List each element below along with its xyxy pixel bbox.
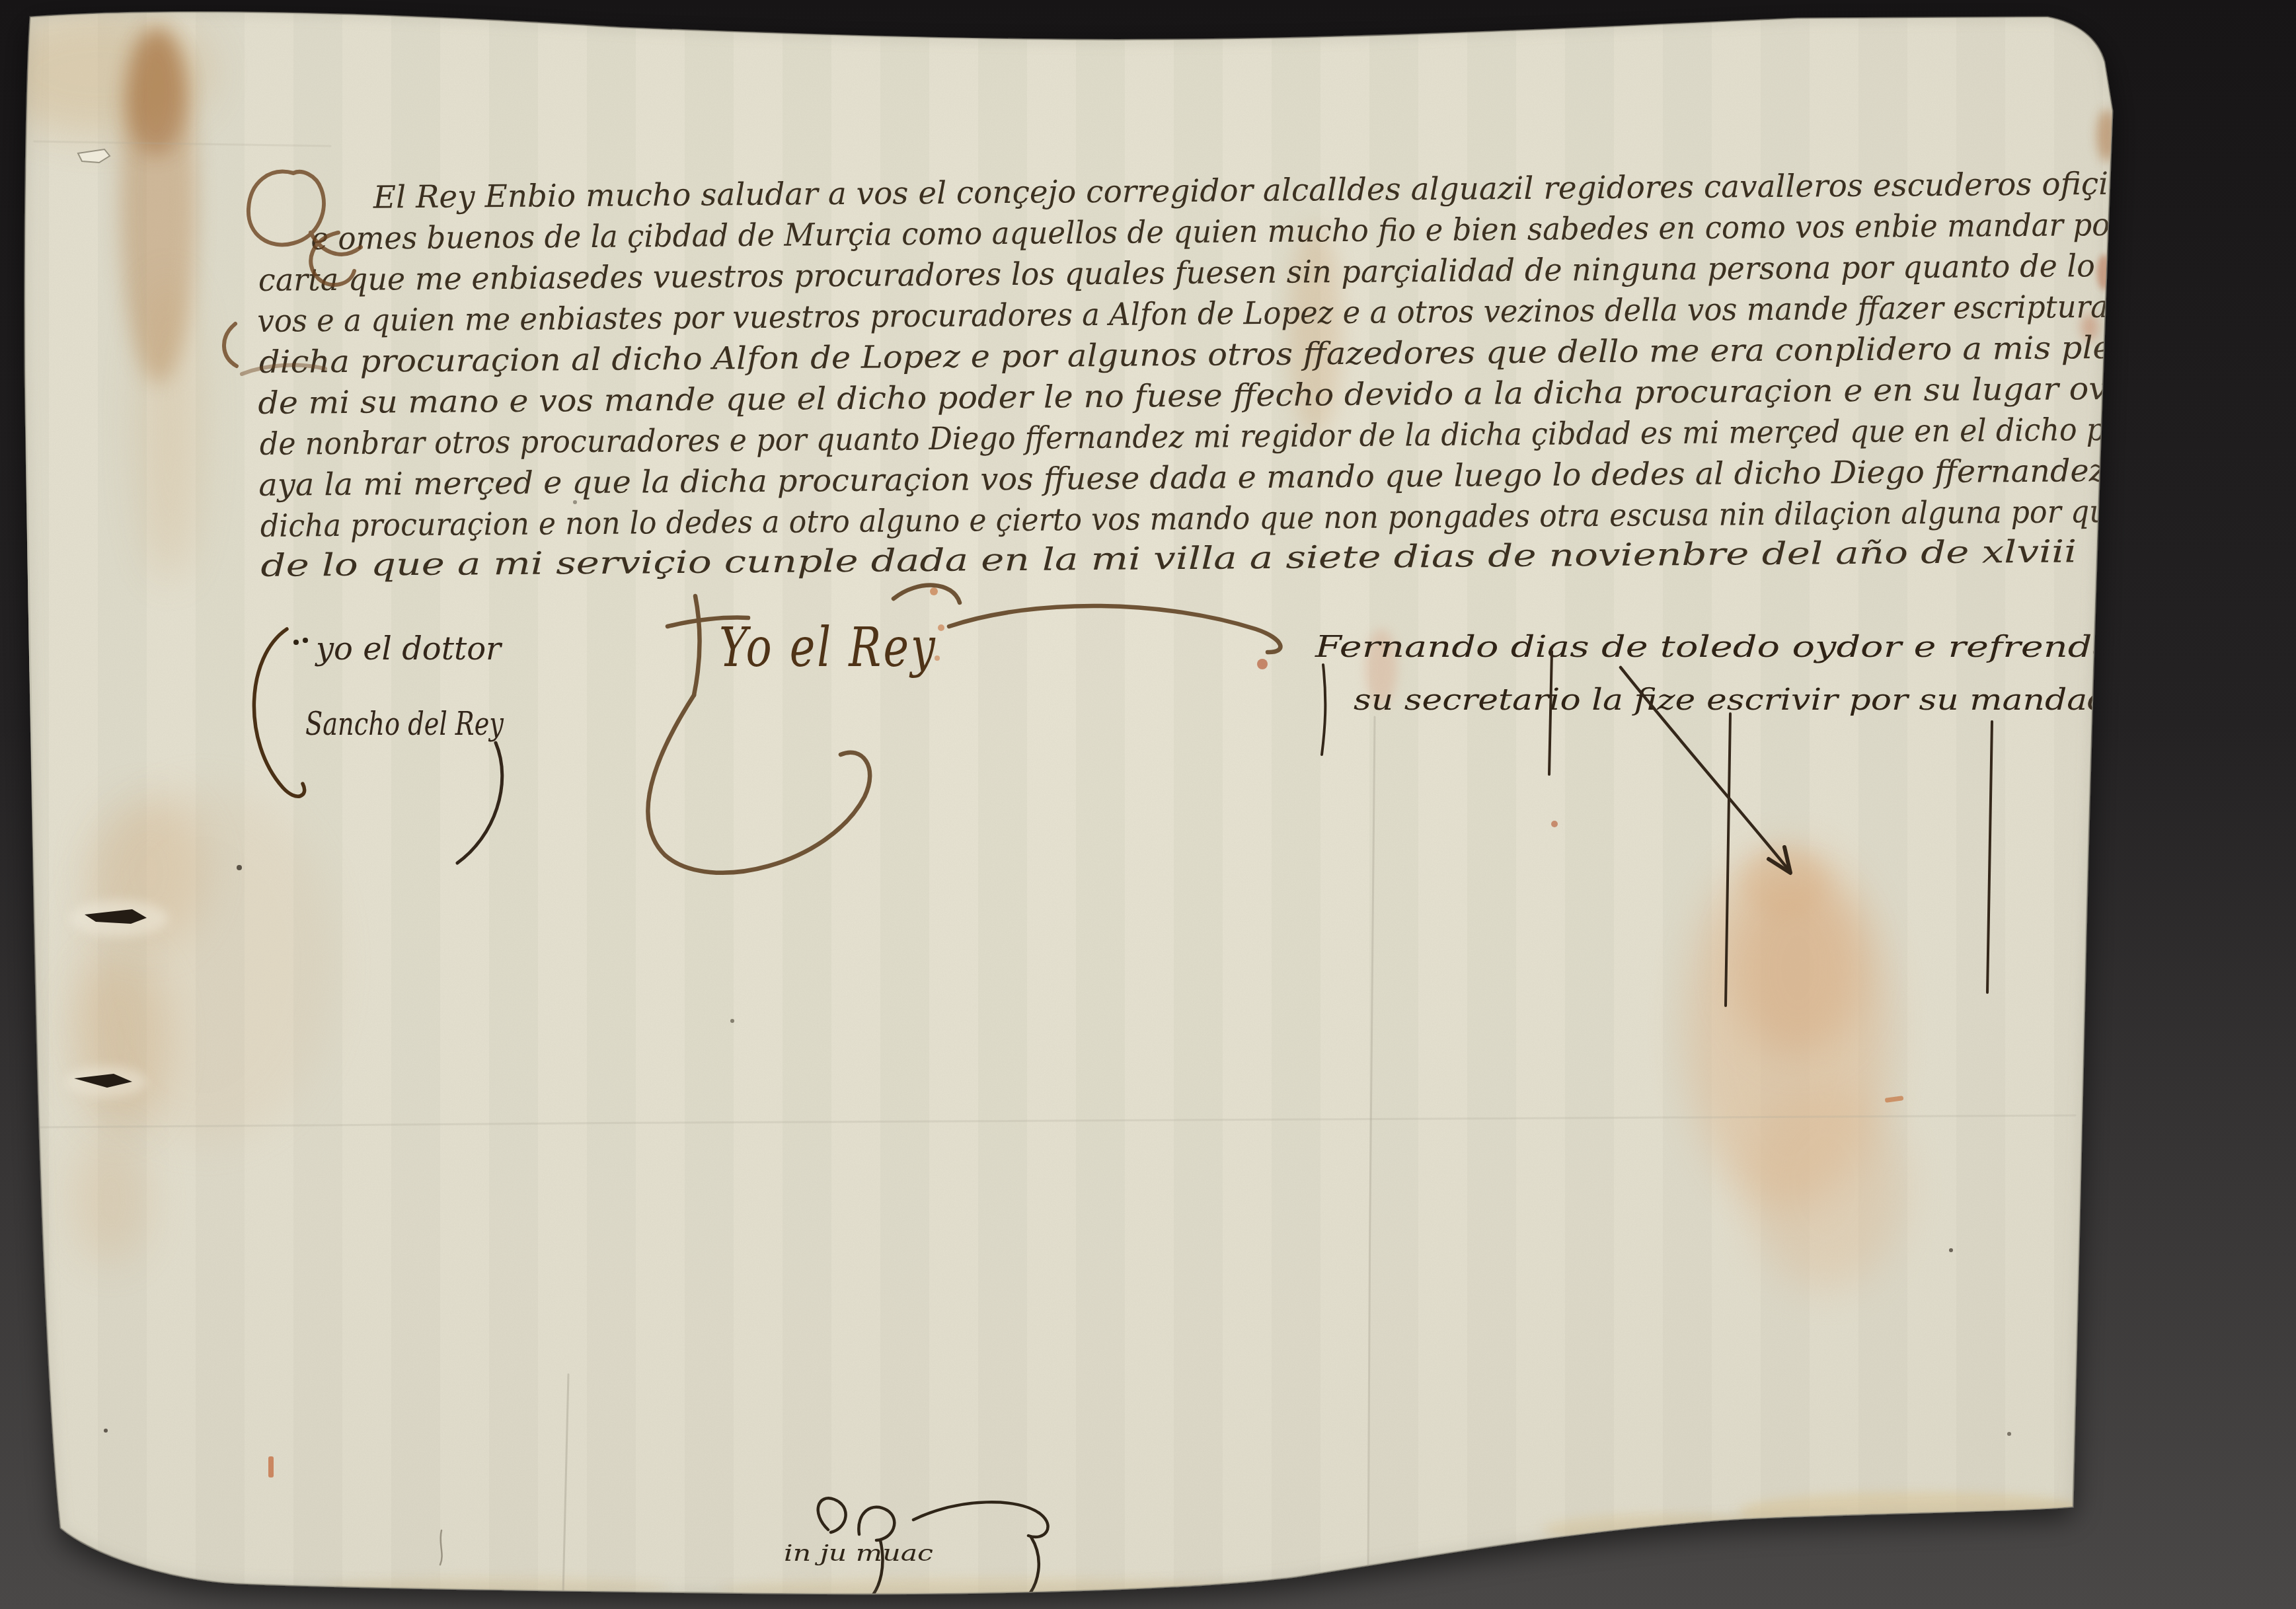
paper-speck-3 [1949, 1248, 1953, 1252]
left-attest-tick-2 [303, 638, 308, 643]
signature-left-line2: Sancho del Rey [305, 706, 504, 743]
stain-left-lower-3 [73, 1135, 149, 1264]
ink-dash-red-edge [268, 1456, 274, 1478]
signature-left-line1: yo el dottor [315, 630, 503, 667]
stain-left-lower-2 [73, 952, 168, 1130]
ink-speck-red-1 [1257, 659, 1268, 669]
manuscript-photo: El Rey Enbio mucho saludar a vos el conç… [0, 0, 2296, 1609]
ink-speck-red-2 [930, 587, 938, 595]
paper-speck-2 [104, 1429, 108, 1433]
ink-speck-red-5 [1551, 821, 1558, 827]
stain-left-edge-streak-dark [126, 30, 186, 155]
ink-speck-red-3 [938, 624, 944, 631]
signature-right-line2: su secretario la fize escrivir por su ma… [1354, 682, 2130, 717]
stain-left-edge-tail [139, 278, 200, 581]
paper-speck-4 [730, 1019, 734, 1023]
signature-right-line1: Fernando dias de toledo oydor e refrenda… [1315, 629, 2168, 664]
stain-right-large-lower [1747, 1084, 1903, 1289]
paper-speck-5 [2007, 1432, 2011, 1436]
left-attest-tick-1 [293, 640, 299, 645]
paper-speck-1 [237, 865, 242, 870]
stain-right-large-top [1741, 848, 1827, 917]
signature-royal-text: Yo el Rey [719, 617, 937, 679]
docket-text: in ju muac [784, 1540, 933, 1567]
